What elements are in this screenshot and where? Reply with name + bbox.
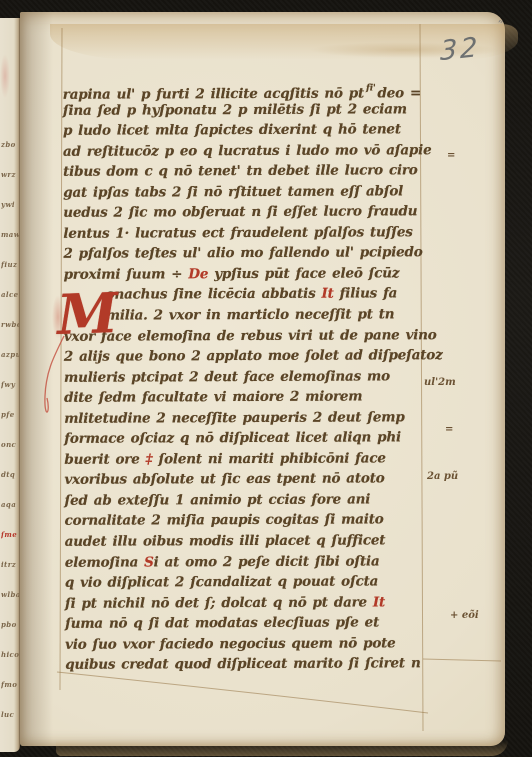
text-segment: buerit ore xyxy=(64,451,145,467)
text-segment: 2 alijs que bono 2 applato moe ſolet ad … xyxy=(64,347,443,365)
text-segment: filius fa xyxy=(334,286,398,302)
text-segment: elemoſina xyxy=(65,554,144,570)
text-line: quibus credat quod diſpliceat marito ſi … xyxy=(65,654,427,676)
facing-page-edge: zbowrzywimawfiuzalcerwboazpuſwypfeoncdtq… xyxy=(0,18,20,752)
facing-page-text-fragment: zbo xyxy=(1,140,19,149)
text-segment: gat ipſas tabs 2 ſi nō rſtituet tamen eſ… xyxy=(63,183,403,200)
facing-page-text-fragment: wlba xyxy=(1,590,19,599)
text-segment: lentus 1· lucratus ect fraudelent pſalſo… xyxy=(63,224,412,242)
facing-page-text-fragment: ſme xyxy=(1,530,19,539)
rubricated-text: It xyxy=(321,286,333,302)
text-segment: tibus dom c q nō tenet' tn debet ille lu… xyxy=(63,162,418,180)
text-segment: vio ſuo vxor faciedo negocius quem nō po… xyxy=(65,635,395,652)
text-line: cornalitate 2 miſia paupis cogitas ſi ma… xyxy=(65,510,427,532)
text-line: q vio diſplicat 2 ſcandalizat q pouat oſ… xyxy=(65,571,427,593)
margin-note: ul'2m xyxy=(424,377,456,388)
text-line: p ludo licet mlta ſapictes dixerint q hō… xyxy=(63,119,425,141)
rubricated-text: De xyxy=(188,266,208,282)
facing-page-text-fragment: ywi xyxy=(1,200,19,209)
facing-page-text-fragment: fiuz xyxy=(1,260,19,269)
text-line: vio ſuo vxor faciedo negocius quem nō po… xyxy=(65,633,427,655)
facing-page-text-fragment: aqa xyxy=(1,500,19,509)
text-segment: q vio diſplicat 2 ſcandalizat q pouat oſ… xyxy=(65,574,378,591)
text-line: lentus 1· lucratus ect fraudelent pſalſo… xyxy=(63,222,425,244)
facing-page-text-fragment: luc xyxy=(1,710,19,719)
text-segment: 2 pfalſos teſtes ul' alio mo fallendo ul… xyxy=(63,245,422,263)
text-segment: vxor face elemoſina de rebus viri ut de … xyxy=(64,327,437,345)
rubricated-text: It xyxy=(373,594,385,610)
text-line: ad reſtitucōz p eo q lucratus i ludo mo … xyxy=(63,140,425,162)
text-line: gat ipſas tabs 2 ſi nō rſtituet tamen eſ… xyxy=(63,181,425,203)
text-segment: mlitetudine 2 neceſſite pauperis 2 deut … xyxy=(64,409,405,426)
rubricated-text: S xyxy=(144,554,154,570)
text-segment: quibus credat quod diſpliceat marito ſi … xyxy=(65,656,420,674)
facing-page-text-fragment: maw xyxy=(1,230,19,239)
text-line: 2 alijs que bono 2 applato moe ſolet ad … xyxy=(64,345,426,367)
text-block: rapina ul' p furti 2 illicite acqſitis n… xyxy=(63,78,428,675)
facing-page-text-fragment: ſwy xyxy=(1,380,19,389)
text-line: proximi ſuum ÷ De ypſius pūt face eleō ſ… xyxy=(64,263,426,285)
text-line: mulieris ptcipat 2 deut face elemoſinas … xyxy=(64,366,426,388)
margin-note: = xyxy=(447,150,455,161)
text-line: vxoribus abſolute ut ſic eas tpent nō at… xyxy=(64,469,426,491)
facing-page-text-fragment: fmo xyxy=(1,680,19,689)
parchment-stain-corner xyxy=(486,24,526,76)
text-line: buerit ore ‡ ſolent ni mariti phibicōni … xyxy=(64,448,426,470)
facing-page-text-fragment: wrz xyxy=(1,170,19,179)
text-segment: ſed ab exteſſu 1 animio pt ccias fore an… xyxy=(65,491,371,508)
text-segment: ſolent ni mariti phibicōni face xyxy=(152,450,385,467)
facing-page-text-fragment: itrz xyxy=(1,560,19,569)
manuscript-scan: zbowrzywimawfiuzalcerwboazpuſwypfeoncdtq… xyxy=(0,0,532,757)
rubricated-initial: M xyxy=(56,285,119,342)
text-line: ſi pt nichil nō det ſ; dolcat q nō pt da… xyxy=(65,592,427,614)
text-line: dite ſedm facultate vi maiore 2 miorem xyxy=(64,386,426,408)
text-line: formace oſciaz q nō diſpliceat licet ali… xyxy=(64,428,426,450)
text-segment: uedus 2 ſic mo obſeruat n ſi eſſet lucro… xyxy=(63,204,417,222)
text-segment: ypſius pūt face eleō ſcūz xyxy=(208,265,399,282)
text-segment: ad reſtitucōz p eo q lucratus i ludo mo … xyxy=(63,142,432,160)
facing-page-text-fragment: dtq xyxy=(1,470,19,479)
text-line: uedus 2 ſic mo obſeruat n ſi eſſet lucro… xyxy=(63,201,425,223)
text-segment: dite ſedm facultate vi maiore 2 miorem xyxy=(64,389,362,406)
facing-page-text-fragment: azpu xyxy=(1,350,19,359)
parchment-stain-bottom xyxy=(56,740,508,756)
text-line: ſed ab exteſſu 1 animio pt ccias fore an… xyxy=(64,489,426,511)
text-segment: cornalitate 2 miſia paupis cogitas ſi ma… xyxy=(65,512,384,529)
facing-page-text-fragment: pbo xyxy=(1,620,19,629)
facing-page-text-fragment: alce xyxy=(1,290,19,299)
text-segment: vxoribus abſolute ut ſic eas tpent nō at… xyxy=(64,471,384,488)
text-line: ſina ſed p hyſponatu 2 p milētis ſi pt 2… xyxy=(63,99,425,121)
text-segment: formace oſciaz q nō diſpliceat licet ali… xyxy=(64,430,401,447)
text-segment: ſuma nō q ſi dat modatas elecſiuas pſe e… xyxy=(65,615,379,632)
pink-smudge xyxy=(0,54,10,98)
margin-note: = xyxy=(445,424,453,435)
text-segment: ſina ſed p hyſponatu 2 p milētis ſi pt 2… xyxy=(63,101,407,119)
facing-page-text-fragment: pfe xyxy=(1,410,19,419)
text-segment: onachus ſine licēcia abbatis xyxy=(106,286,322,303)
facing-page-text-fragment: rwbo xyxy=(1,320,19,329)
text-line: audet illu oibus modis illi placet q ſuf… xyxy=(65,530,427,552)
margin-note: 2a pũ xyxy=(427,471,458,482)
text-line: 2 pfalſos teſtes ul' alio mo fallendo ul… xyxy=(63,243,425,265)
margin-note: + eõi xyxy=(450,610,479,621)
text-line: onachus ſine licēcia abbatis It filius f… xyxy=(64,284,426,306)
text-segment: milia. 2 vxor in marticlo neceſſit pt tn xyxy=(106,306,395,323)
text-segment: ſi pt nichil nō det ſ; dolcat q nō pt da… xyxy=(65,594,373,611)
text-segment: fi' xyxy=(366,83,375,93)
text-segment: mulieris ptcipat 2 deut face elemoſinas … xyxy=(64,368,390,385)
facing-page-text-fragment: onc xyxy=(1,440,19,449)
text-line: ſuma nō q ſi dat modatas elecſiuas pſe e… xyxy=(65,612,427,634)
text-segment: audet illu oibus modis illi placet q ſuf… xyxy=(65,532,386,549)
facing-page-text-fragment: hico xyxy=(1,650,19,659)
text-line: tibus dom c q nō tenet' tn debet ille lu… xyxy=(63,160,425,182)
text-segment: i at omo 2 peſe dicit ſibi oſtia xyxy=(154,553,380,570)
page-number: 32 xyxy=(440,32,481,67)
text-line: rapina ul' p furti 2 illicite acqſitis n… xyxy=(63,78,425,100)
text-line: mlitetudine 2 neceſſite pauperis 2 deut … xyxy=(64,407,426,429)
text-line: elemoſina Si at omo 2 peſe dicit ſibi oſ… xyxy=(65,551,427,573)
text-segment: p ludo licet mlta ſapictes dixerint q hō… xyxy=(63,121,401,138)
